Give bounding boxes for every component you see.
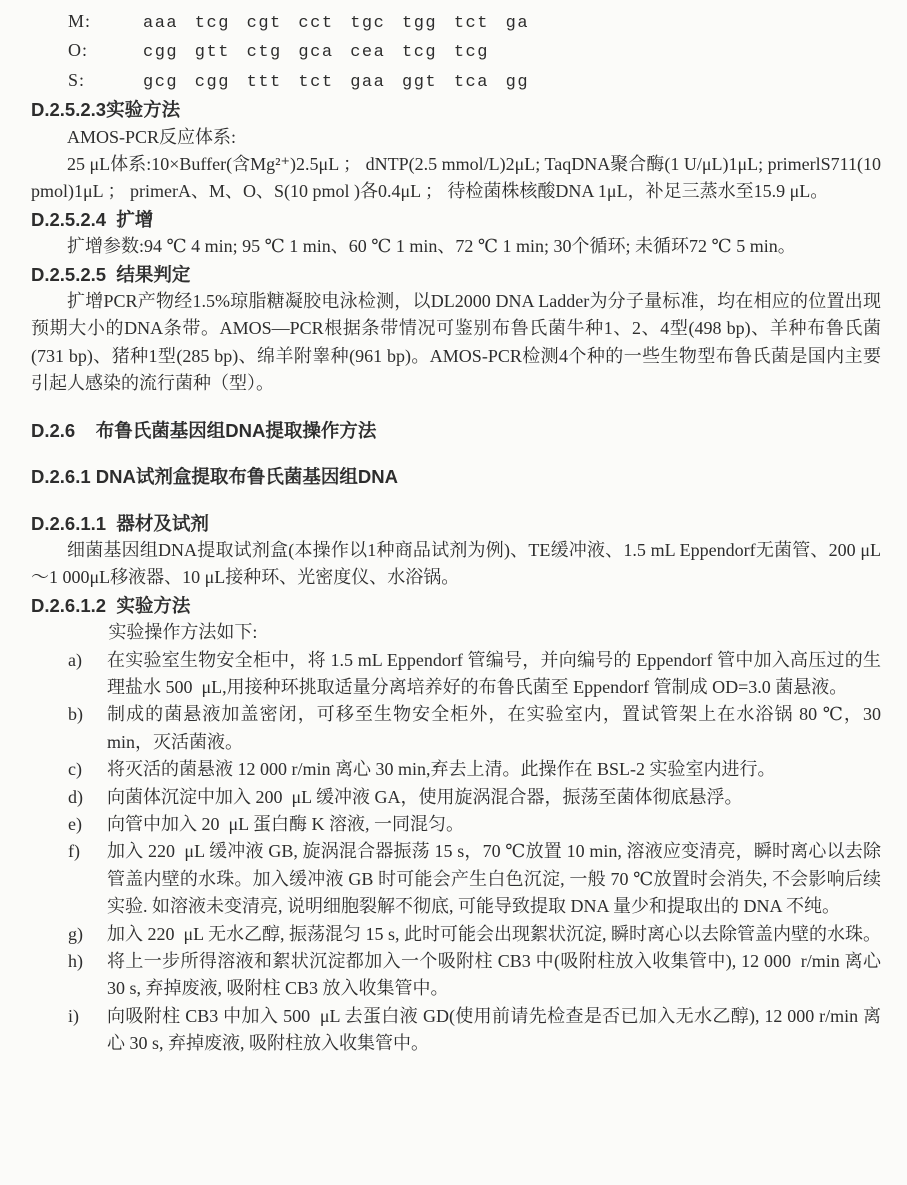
primer-label: M: xyxy=(68,8,143,35)
section-heading: D.2.5.2.3实验方法 xyxy=(31,96,881,123)
list-item-f: f)加入 220 μL 缓冲液 GB, 旋涡混合器振荡 15 s，70 ℃放置 … xyxy=(31,838,881,920)
list-item-text: 向吸附柱 CB3 中加入 500 μL 去蛋白液 GD(使用前请先检查是否已加入… xyxy=(107,1003,881,1058)
list-item-label: c) xyxy=(68,756,107,783)
list-item-label: f) xyxy=(68,838,107,920)
list-item-g: g)加入 220 μL 无水乙醇, 振荡混匀 15 s, 此时可能会出现絮状沉淀… xyxy=(31,921,881,948)
list-item-text: 将上一步所得溶液和絮状沉淀都加入一个吸附柱 CB3 中(吸附柱放入收集管中), … xyxy=(107,948,881,1003)
paragraph: 细菌基因组DNA提取试剂盒(本操作以1种商品试剂为例)、TE缓冲液、1.5 mL… xyxy=(31,537,881,592)
list-item-label: g) xyxy=(68,921,107,948)
primer-label: O: xyxy=(68,37,143,64)
list-item-b: b)制成的菌悬液加盖密闭，可移至生物安全柜外，在实验室内，置试管架上在水浴锅 8… xyxy=(31,701,881,756)
primer-sequence: aaa tcg cgt cct tgc tgg tct ga xyxy=(143,14,529,33)
section-heading: D.2.6.1 DNA试剂盒提取布鲁氏菌基因组DNA xyxy=(31,463,881,490)
list-item-text: 加入 220 μL 缓冲液 GB, 旋涡混合器振荡 15 s，70 ℃放置 10… xyxy=(107,838,881,920)
section-heading: D.2.6.1.2 实验方法 xyxy=(31,592,881,619)
document-page: M:aaa tcg cgt cct tgc tgg tct gaO:cgg gt… xyxy=(0,0,907,1185)
list-item-a: a)在实验室生物安全柜中，将 1.5 mL Eppendorf 管编号，并向编号… xyxy=(31,647,881,702)
paragraph: 25 μL体系:10×Buffer(含Mg²⁺)2.5μL ； dNTP(2.5… xyxy=(31,151,881,206)
paragraph: AMOS-PCR反应体系: xyxy=(31,124,881,151)
list-item-text: 向菌体沉淀中加入 200 μL 缓冲液 GA，使用旋涡混合器，振荡至菌体彻底悬浮… xyxy=(107,784,881,811)
primer-row: O:cgg gtt ctg gca cea tcg tcg xyxy=(31,37,881,66)
primer-row: S:gcg cgg ttt tct gaa ggt tca gg xyxy=(31,67,881,96)
list-item-text: 在实验室生物安全柜中，将 1.5 mL Eppendorf 管编号，并向编号的 … xyxy=(107,647,881,702)
list-item-h: h)将上一步所得溶液和絮状沉淀都加入一个吸附柱 CB3 中(吸附柱放入收集管中)… xyxy=(31,948,881,1003)
list-item-label: e) xyxy=(68,811,107,838)
document-body: M:aaa tcg cgt cct tgc tgg tct gaO:cgg gt… xyxy=(31,8,881,1058)
paragraph: 实验操作方法如下: xyxy=(31,619,881,646)
section-heading: D.2.5.2.4 扩增 xyxy=(31,206,881,233)
list-item-text: 将灭活的菌悬液 12 000 r/min 离心 30 min,弃去上清。此操作在… xyxy=(107,756,881,783)
list-item-c: c)将灭活的菌悬液 12 000 r/min 离心 30 min,弃去上清。此操… xyxy=(31,756,881,783)
primer-sequence: gcg cgg ttt tct gaa ggt tca gg xyxy=(143,73,529,92)
list-item-d: d)向菌体沉淀中加入 200 μL 缓冲液 GA，使用旋涡混合器，振荡至菌体彻底… xyxy=(31,784,881,811)
list-item-e: e)向管中加入 20 μL 蛋白酶 K 溶液, 一同混匀。 xyxy=(31,811,881,838)
list-item-label: h) xyxy=(68,948,107,1003)
primer-sequence: cgg gtt ctg gca cea tcg tcg xyxy=(143,43,489,62)
section-heading: D.2.6.1.1 器材及试剂 xyxy=(31,510,881,537)
list-item-label: b) xyxy=(68,701,107,756)
section-heading: D.2.5.2.5 结果判定 xyxy=(31,261,881,288)
list-item-label: a) xyxy=(68,647,107,702)
list-item-text: 加入 220 μL 无水乙醇, 振荡混匀 15 s, 此时可能会出现絮状沉淀, … xyxy=(107,921,881,948)
list-item-label: d) xyxy=(68,784,107,811)
paragraph: 扩增PCR产物经1.5%琼脂糖凝胶电泳检测，以DL2000 DNA Ladder… xyxy=(31,288,881,398)
list-item-label: i) xyxy=(68,1003,107,1058)
section-heading: D.2.6 布鲁氏菌基因组DNA提取操作方法 xyxy=(31,417,881,444)
primer-label: S: xyxy=(68,67,143,94)
list-item-text: 制成的菌悬液加盖密闭，可移至生物安全柜外，在实验室内，置试管架上在水浴锅 80 … xyxy=(107,701,881,756)
list-item-i: i)向吸附柱 CB3 中加入 500 μL 去蛋白液 GD(使用前请先检查是否已… xyxy=(31,1003,881,1058)
paragraph: 扩增参数:94 ℃ 4 min; 95 ℃ 1 min、60 ℃ 1 min、7… xyxy=(31,233,881,260)
primer-row: M:aaa tcg cgt cct tgc tgg tct ga xyxy=(31,8,881,37)
list-item-text: 向管中加入 20 μL 蛋白酶 K 溶液, 一同混匀。 xyxy=(107,811,881,838)
